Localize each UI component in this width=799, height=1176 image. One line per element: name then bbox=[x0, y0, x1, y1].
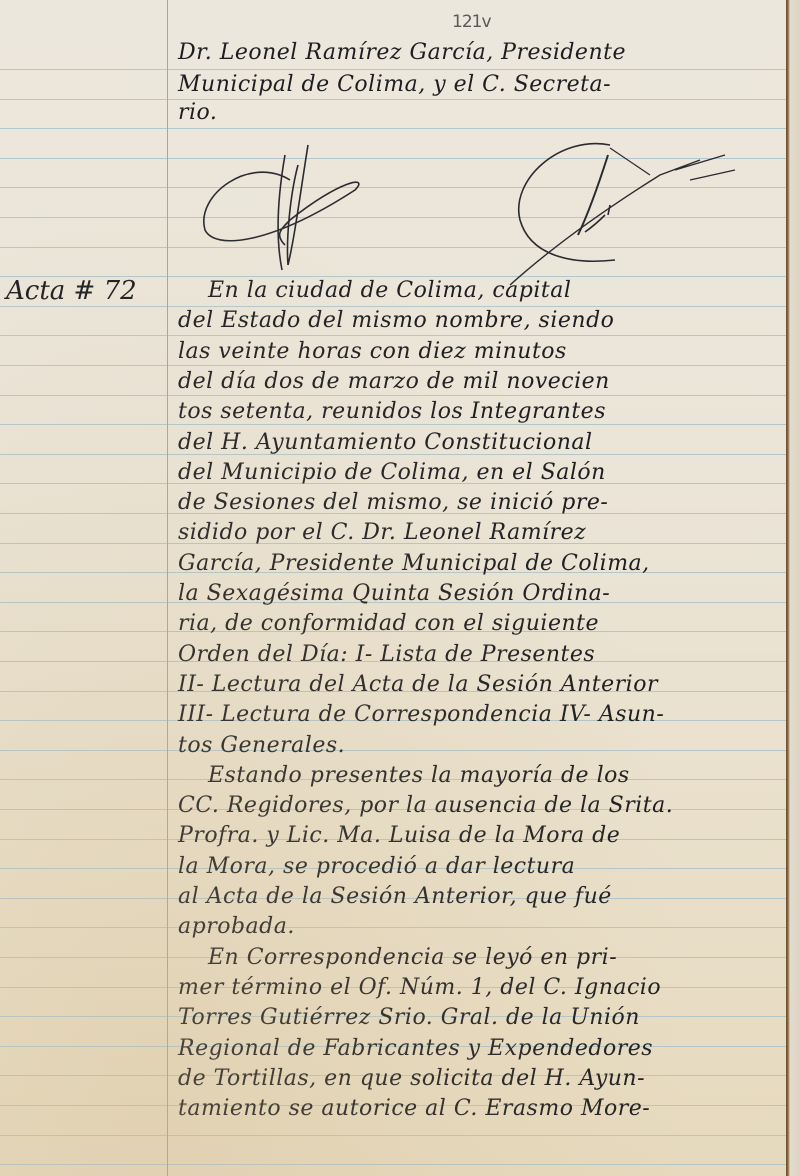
ruled-line bbox=[0, 1135, 786, 1136]
ruled-line bbox=[0, 365, 786, 366]
ruled-line bbox=[0, 128, 786, 129]
acta-text-line: Regional de Fabricantes y Expendedores bbox=[178, 1036, 786, 1061]
acta-text-line: Torres Gutiérrez Srio. Gral. de la Unión bbox=[178, 1005, 786, 1030]
ruled-line bbox=[0, 335, 786, 336]
acta-text-line: En la ciudad de Colima, capital bbox=[178, 278, 786, 303]
header-line-1: Dr. Leonel Ramírez García, Presidente bbox=[178, 40, 786, 65]
acta-text-line: aprobada. bbox=[178, 914, 786, 939]
acta-text-line: tos Generales. bbox=[178, 733, 786, 758]
acta-number-label: Acta # 72 bbox=[6, 276, 137, 306]
acta-text-line: CC. Regidores, por la ausencia de la Sri… bbox=[178, 793, 786, 818]
ruled-line bbox=[0, 395, 786, 396]
acta-text-line: del Municipio de Colima, en el Salón bbox=[178, 460, 786, 485]
signature-1-icon bbox=[190, 135, 370, 285]
header-line-3: rio. bbox=[178, 100, 786, 125]
margin-line bbox=[167, 0, 168, 1176]
ruled-line bbox=[0, 424, 786, 425]
acta-text-line: III- Lectura de Correspondencia IV- Asun… bbox=[178, 702, 786, 727]
acta-text-line: las veinte horas con diez minutos bbox=[178, 339, 786, 364]
acta-text-line: II- Lectura del Acta de la Sesión Anteri… bbox=[178, 672, 786, 697]
acta-text-line: ria, de conformidad con el siguiente bbox=[178, 611, 786, 636]
acta-text-line: Estando presentes la mayoría de los bbox=[178, 763, 786, 788]
notebook-page: 121v Dr. Leonel Ramírez García, Presiden… bbox=[0, 0, 786, 1176]
page-edge bbox=[786, 0, 799, 1176]
acta-text-line: Profra. y Lic. Ma. Luisa de la Mora de bbox=[178, 823, 786, 848]
acta-text-line: En Correspondencia se leyó en pri- bbox=[178, 945, 786, 970]
acta-text-line: tos setenta, reunidos los Integrantes bbox=[178, 399, 786, 424]
acta-text-line: del día dos de marzo de mil novecien bbox=[178, 369, 786, 394]
acta-text-line: la Sexagésima Quinta Sesión Ordina- bbox=[178, 581, 786, 606]
ruled-line bbox=[0, 1164, 786, 1165]
acta-text-line: mer término el Of. Núm. 1, del C. Ignaci… bbox=[178, 975, 786, 1000]
acta-text-line: tamiento se autorice al C. Erasmo More- bbox=[178, 1096, 786, 1121]
acta-text-line: Orden del Día: I- Lista de Presentes bbox=[178, 642, 786, 667]
acta-text-line: la Mora, se procedió a dar lectura bbox=[178, 854, 786, 879]
acta-text-line: al Acta de la Sesión Anterior, que fué bbox=[178, 884, 786, 909]
ruled-line bbox=[0, 69, 786, 70]
acta-text-line: sidido por el C. Dr. Leonel Ramírez bbox=[178, 520, 786, 545]
folio-number: 121v bbox=[452, 12, 491, 32]
acta-text-line: García, Presidente Municipal de Colima, bbox=[178, 551, 786, 576]
acta-text-line: del Estado del mismo nombre, siendo bbox=[178, 308, 786, 333]
acta-text-line: del H. Ayuntamiento Constitucional bbox=[178, 430, 786, 455]
ruled-line bbox=[0, 306, 786, 307]
acta-text-line: de Sesiones del mismo, se inició pre- bbox=[178, 490, 786, 515]
signature-2-icon bbox=[500, 140, 760, 290]
acta-text-line: de Tortillas, en que solicita del H. Ayu… bbox=[178, 1066, 786, 1091]
header-line-2: Municipal de Colima, y el C. Secreta- bbox=[178, 72, 786, 97]
